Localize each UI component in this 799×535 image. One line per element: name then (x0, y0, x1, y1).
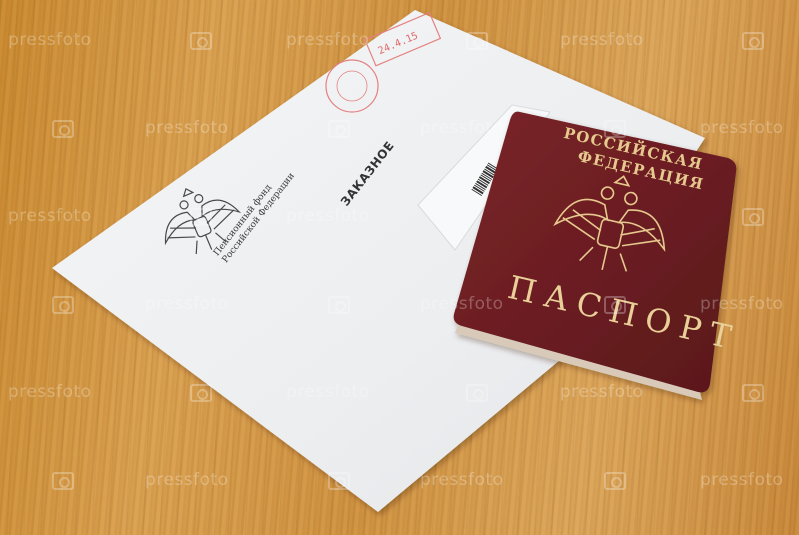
watermark-logo-icon (328, 120, 350, 138)
watermark-logo-icon (604, 120, 626, 138)
watermark-logo-icon (190, 208, 212, 226)
watermark-logo-icon (604, 472, 626, 490)
photo-scene: 24.4.15 (0, 0, 799, 535)
watermark-logo-icon (466, 384, 488, 402)
watermark-logo-icon (742, 384, 764, 402)
watermark-logo-icon (190, 384, 212, 402)
watermark-logo-icon (466, 32, 488, 50)
watermark-logo-icon (190, 32, 212, 50)
watermark-logo-icon (604, 296, 626, 314)
watermark-logo-icon (52, 120, 74, 138)
watermark-logo-icon (52, 472, 74, 490)
watermark-logo-icon (52, 296, 74, 314)
watermark-logo-icon (328, 472, 350, 490)
watermark-logo-icon (742, 32, 764, 50)
watermark-logo-icon (742, 208, 764, 226)
objects-layer: 24.4.15 (0, 0, 799, 535)
watermark-logo-icon (328, 296, 350, 314)
